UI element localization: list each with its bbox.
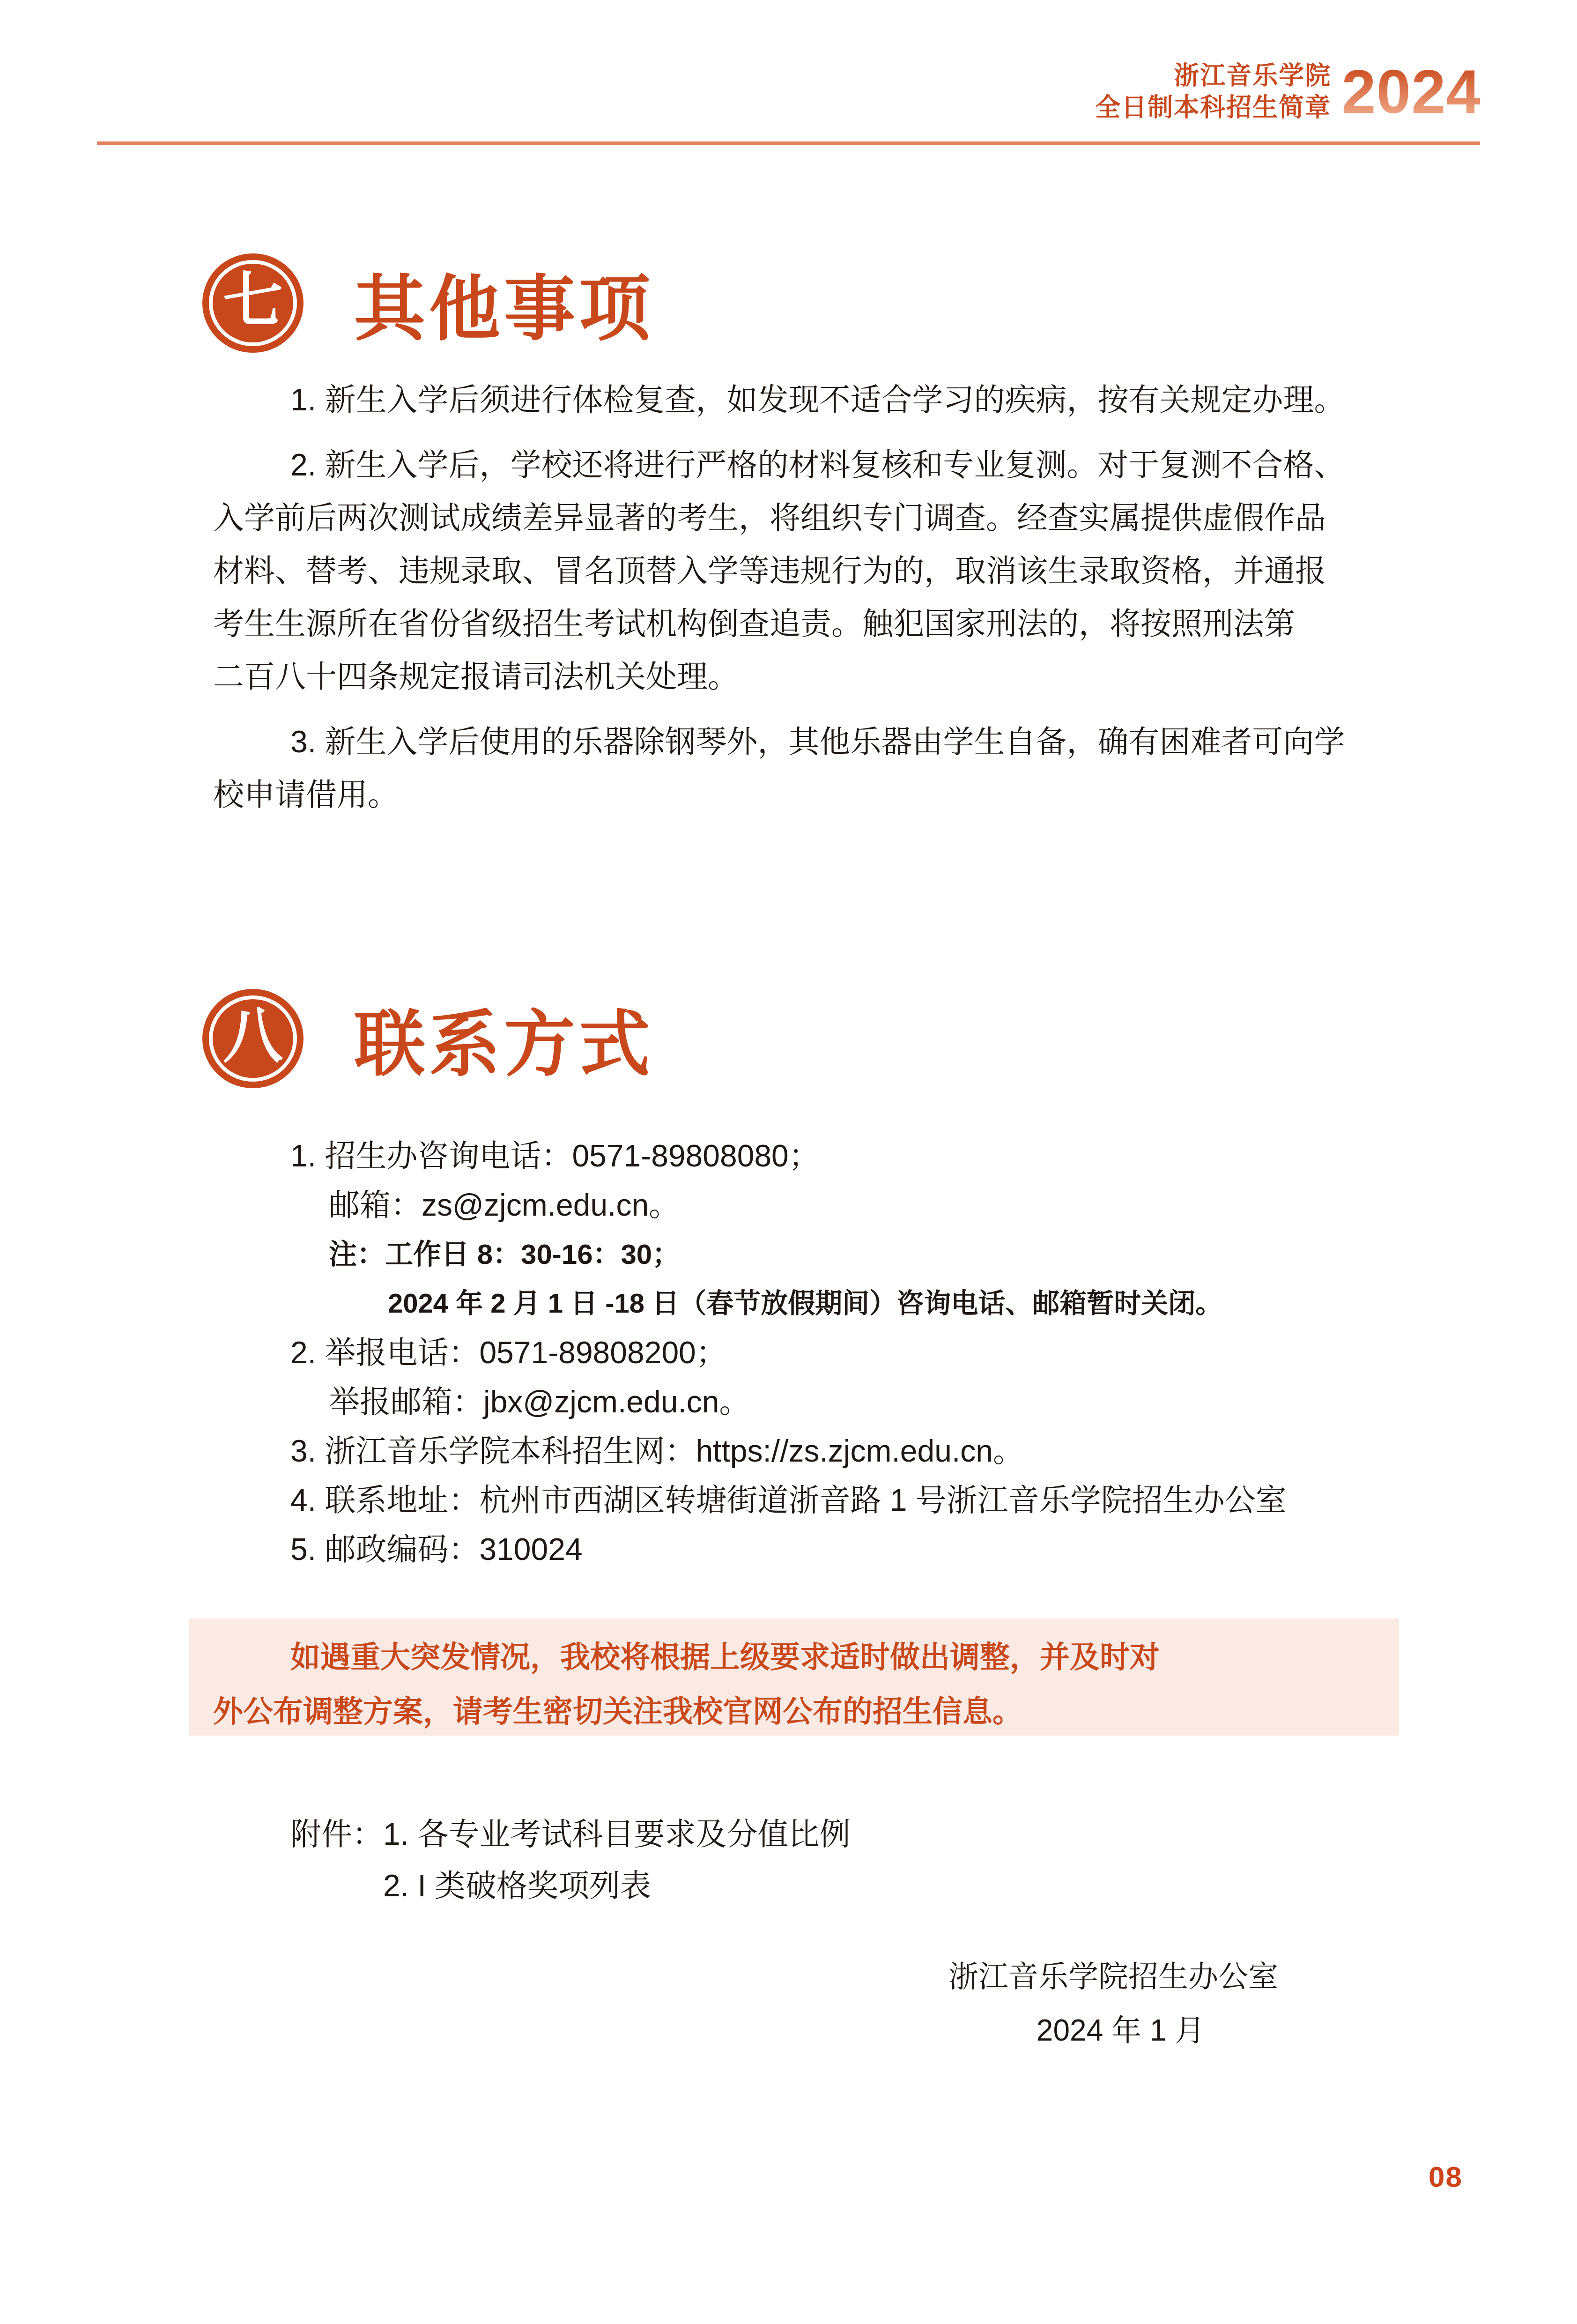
header-brochure-title: 全日制本科招生简章	[1095, 92, 1331, 124]
attachment-line: 附件：1. 各专业考试科目要求及分值比例	[290, 1808, 850, 1860]
section-eight-badge: 八	[202, 989, 304, 1088]
paragraph-line: 二百八十四条规定报请司法机关处理。	[213, 650, 1370, 703]
paragraph-line: 3. 新生入学后使用的乐器除钢琴外，其他乐器由学生自备，确有困难者可向学	[213, 715, 1370, 768]
signature-office: 浙江音乐学院招生办公室	[948, 1950, 1293, 2004]
contact-list: 1. 招生办咨询电话：0571-89808080； 邮箱：zs@zjcm.edu…	[290, 1131, 1424, 1574]
section-seven-title: 其他事项	[354, 252, 654, 354]
header-school-name: 浙江音乐学院	[1095, 60, 1331, 92]
contact-holiday-note: 2024 年 2 月 1 日 -18 日（春节放假期间）咨询电话、邮箱暂时关闭。	[290, 1279, 1424, 1328]
section-eight-number-icon: 八	[223, 1007, 283, 1067]
paragraph-line: 2. 新生入学后，学校还将进行严格的材料复核和专业复测。对于复测不合格、	[213, 438, 1370, 491]
section-seven-badge-ring: 七	[209, 260, 297, 346]
report-phone-line: 2. 举报电话：0571-89808200；	[290, 1328, 1424, 1377]
contact-email-line: 邮箱：zs@zjcm.edu.cn。	[290, 1181, 1424, 1230]
section-seven-body: 1. 新生入学后须进行体检复查，如发现不适合学习的疾病，按有关规定办理。 2. …	[213, 373, 1370, 821]
section-eight-badge-ring: 八	[209, 995, 297, 1082]
attachments-label: 附件：	[290, 1817, 383, 1851]
section-seven-badge: 七	[202, 253, 304, 353]
section-eight-heading: 八 联系方式	[202, 988, 654, 1090]
notice-line: 外公布调整方案，请考生密切关注我校官网公布的招生信息。	[213, 1684, 1399, 1738]
attachments-block: 附件：1. 各专业考试科目要求及分值比例 2. I 类破格奖项列表	[290, 1808, 850, 1911]
paragraph-line: 校申请借用。	[213, 768, 1370, 821]
signature-block: 浙江音乐学院招生办公室 2024 年 1 月	[948, 1950, 1293, 2057]
paragraph-line: 考生生源所在省份省级招生考试机构倒查追责。触犯国家刑法的，将按照刑法第	[213, 597, 1370, 650]
section-seven-number-icon: 七	[223, 271, 283, 331]
header-rule-line	[97, 141, 1480, 145]
section-seven-heading: 七 其他事项	[202, 252, 654, 354]
admissions-website-line: 3. 浙江音乐学院本科招生网：https://zs.zjcm.edu.cn。	[290, 1426, 1424, 1476]
paragraph-line: 入学前后两次测试成绩差异显著的考生，将组织专门调查。经查实属提供虚假作品	[213, 491, 1370, 544]
contact-address-line: 4. 联系地址：杭州市西湖区转塘街道浙音路 1 号浙江音乐学院招生办公室	[290, 1476, 1424, 1525]
contact-hours-note: 注：工作日 8：30-16：30；	[290, 1230, 1424, 1279]
header-school-block: 浙江音乐学院 全日制本科招生简章	[1095, 60, 1331, 124]
page-header: 浙江音乐学院 全日制本科招生简章 2024	[1095, 60, 1481, 124]
document-page: 浙江音乐学院 全日制本科招生简章 2024 七 其他事项 1. 新生入学后须进行…	[0, 0, 1577, 2324]
contact-phone-line: 1. 招生办咨询电话：0571-89808080；	[290, 1131, 1424, 1181]
emergency-notice-box: 如遇重大突发情况，我校将根据上级要求适时做出调整，并及时对 外公布调整方案，请考…	[189, 1619, 1399, 1736]
report-email-line: 举报邮箱：jbx@zjcm.edu.cn。	[290, 1377, 1424, 1426]
attachment-item-2: 2. I 类破格奖项列表	[290, 1860, 850, 1911]
page-number: 08	[1429, 2161, 1463, 2194]
paragraph-line: 1. 新生入学后须进行体检复查，如发现不适合学习的疾病，按有关规定办理。	[213, 373, 1370, 426]
attachment-item-1: 1. 各专业考试科目要求及分值比例	[383, 1817, 850, 1851]
notice-line: 如遇重大突发情况，我校将根据上级要求适时做出调整，并及时对	[213, 1630, 1399, 1684]
header-year: 2024	[1341, 61, 1481, 123]
postal-code-line: 5. 邮政编码：310024	[290, 1525, 1424, 1574]
paragraph-line: 材料、替考、违规录取、冒名顶替入学等违规行为的，取消该生录取资格，并通报	[213, 544, 1370, 597]
signature-date: 2024 年 1 月	[948, 2004, 1293, 2057]
section-eight-title: 联系方式	[354, 988, 654, 1090]
